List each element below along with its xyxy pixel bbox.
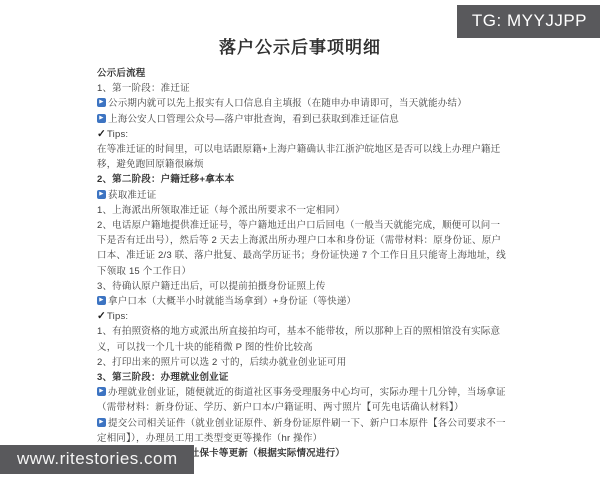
check-icon: ✓: [97, 310, 106, 322]
tips-body: 1、有拍照资格的地方或派出所直接拍均可，基本不能带妆，所以那种上百的照相馆没有实…: [97, 324, 507, 354]
section-heading: 公示后流程: [97, 66, 507, 81]
tips-heading: ✓Tips:: [97, 127, 507, 142]
document-page: TG: MYYJJPP 落户公示后事项明细 公示后流程 1、第一阶段：准迁证 ▶…: [0, 0, 600, 480]
tips-heading: ✓Tips:: [97, 309, 507, 324]
play-icon: ▶: [97, 190, 106, 199]
bullet-line: ▶提交公司相关证件（就业创业证原件、新身份证原件刷一下、新户口本原件【各公司要求…: [97, 416, 507, 446]
tips-body: 2、打印出来的照片可以选 2 寸的，后续办就业创业证可用: [97, 355, 507, 370]
site-watermark-badge: www.ritestories.com: [0, 445, 194, 474]
check-icon: ✓: [97, 128, 106, 140]
tips-body: 在等准迁证的时间里，可以电话跟原籍+上海户籍确认非江浙沪皖地区是否可以线上办理户…: [97, 142, 507, 172]
play-icon: ▶: [97, 296, 106, 305]
numbered-step: 2、电话原户籍地提供准迁证号，等户籍地迁出户口后回电（一般当天就能完成，顺便可以…: [97, 218, 507, 279]
play-icon: ▶: [97, 114, 106, 123]
play-icon: ▶: [97, 418, 106, 427]
tg-watermark-text: TG: MYYJJPP: [472, 11, 587, 30]
bullet-line: ▶办理就业创业证，随便就近的街道社区事务受理服务中心均可，实际办理十几分钟，当场…: [97, 385, 507, 415]
play-icon: ▶: [97, 98, 106, 107]
bullet-line: ▶拿户口本（大概半小时就能当场拿到）+身份证（等快递）: [97, 294, 507, 309]
bullet-line: ▶获取准迁证: [97, 188, 507, 203]
stage-3-heading: 3、第三阶段：办理就业创业证: [97, 370, 507, 385]
document-body: 公示后流程 1、第一阶段：准迁证 ▶公示期内就可以先上报实有人口信息自主填报（在…: [97, 66, 507, 461]
numbered-step: 3、待确认原户籍迁出后，可以提前拍摄身份证照上传: [97, 279, 507, 294]
stage-2-heading: 2、第二阶段：户籍迁移+拿本本: [97, 172, 507, 187]
bullet-line: ▶公示期内就可以先上报实有人口信息自主填报（在随申办申请即可，当天就能办结）: [97, 96, 507, 111]
play-icon: ▶: [97, 387, 106, 396]
numbered-step: 1、上海派出所领取准迁证（每个派出所要求不一定相同）: [97, 203, 507, 218]
bullet-line: ▶上海公安人口管理公众号—落户审批查询，看到已获取到准迁证信息: [97, 112, 507, 127]
page-title: 落户公示后事项明细: [0, 33, 600, 58]
site-watermark-text: www.ritestories.com: [17, 449, 178, 468]
stage-1-heading: 1、第一阶段：准迁证: [97, 81, 507, 96]
